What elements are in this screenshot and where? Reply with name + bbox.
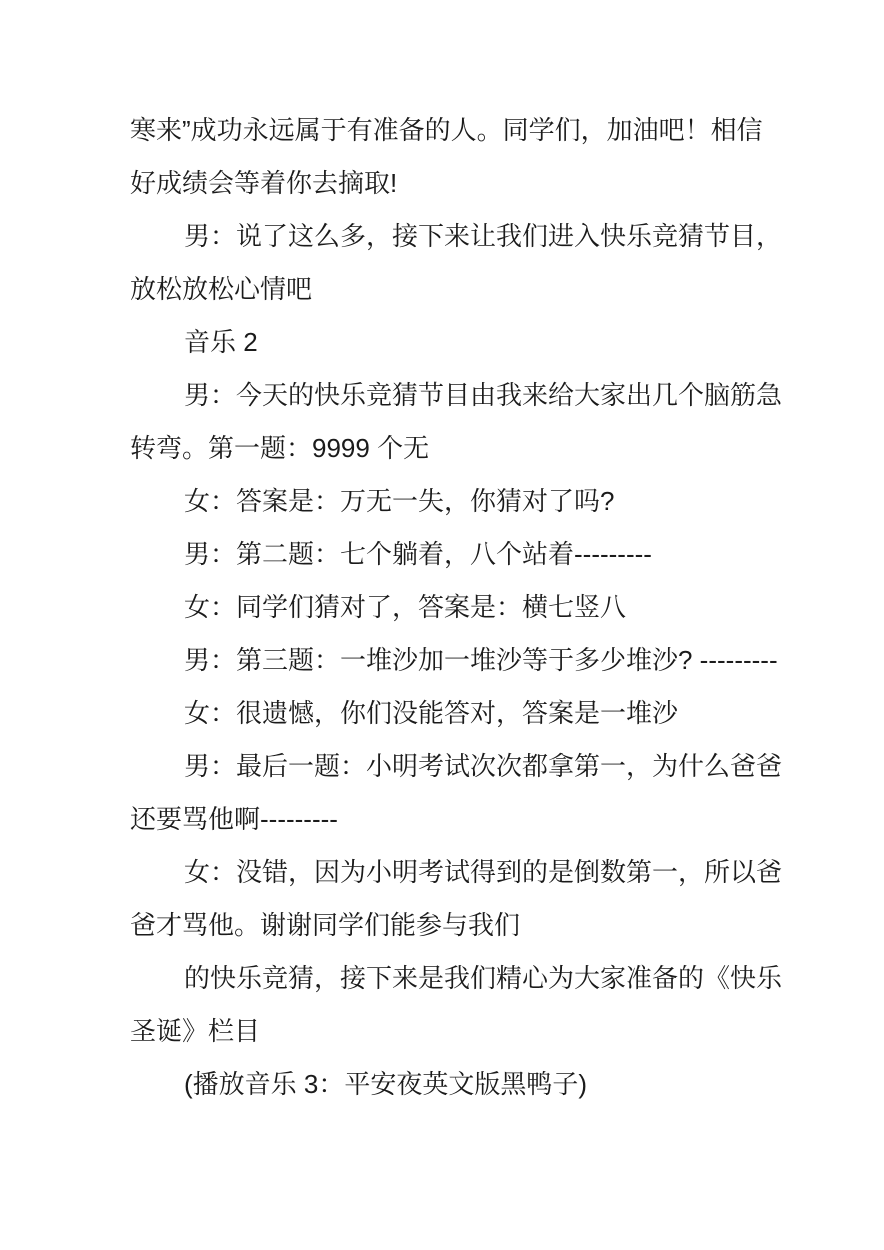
text-line: 男：第二题：七个躺着，八个站着---------: [130, 528, 770, 581]
text-line: 还要骂他啊---------: [130, 793, 770, 846]
text-line: 女：没错，因为小明考试得到的是倒数第一，所以爸: [130, 846, 770, 899]
text-line: 好成绩会等着你去摘取!: [130, 157, 770, 210]
text-line: 男：最后一题：小明考试次次都拿第一，为什么爸爸: [130, 740, 770, 793]
text-line: 寒来”成功永远属于有准备的人。同学们，加油吧！相信: [130, 104, 770, 157]
document-body: 寒来”成功永远属于有准备的人。同学们，加油吧！相信 好成绩会等着你去摘取! 男：…: [130, 104, 770, 1111]
text-line: 男：说了这么多，接下来让我们进入快乐竞猜节目，: [130, 210, 770, 263]
text-line: 音乐 2: [130, 316, 770, 369]
text-line: 转弯。第一题：9999 个无: [130, 422, 770, 475]
text-line: 女：很遗憾，你们没能答对，答案是一堆沙: [130, 687, 770, 740]
text-line: 放松放松心情吧: [130, 263, 770, 316]
text-line: 男：今天的快乐竞猜节目由我来给大家出几个脑筋急: [130, 369, 770, 422]
text-line: 女：答案是：万无一失，你猜对了吗?: [130, 475, 770, 528]
text-line: 爸才骂他。谢谢同学们能参与我们: [130, 899, 770, 952]
text-line: 女：同学们猜对了，答案是：横七竖八: [130, 581, 770, 634]
document-page: 寒来”成功永远属于有准备的人。同学们，加油吧！相信 好成绩会等着你去摘取! 男：…: [0, 0, 884, 1250]
text-line: 圣诞》栏目: [130, 1005, 770, 1058]
text-line: (播放音乐 3：平安夜英文版黑鸭子): [130, 1058, 770, 1111]
text-line: 男：第三题：一堆沙加一堆沙等于多少堆沙? ---------: [130, 634, 770, 687]
text-line: 的快乐竞猜，接下来是我们精心为大家准备的《快乐: [130, 952, 770, 1005]
